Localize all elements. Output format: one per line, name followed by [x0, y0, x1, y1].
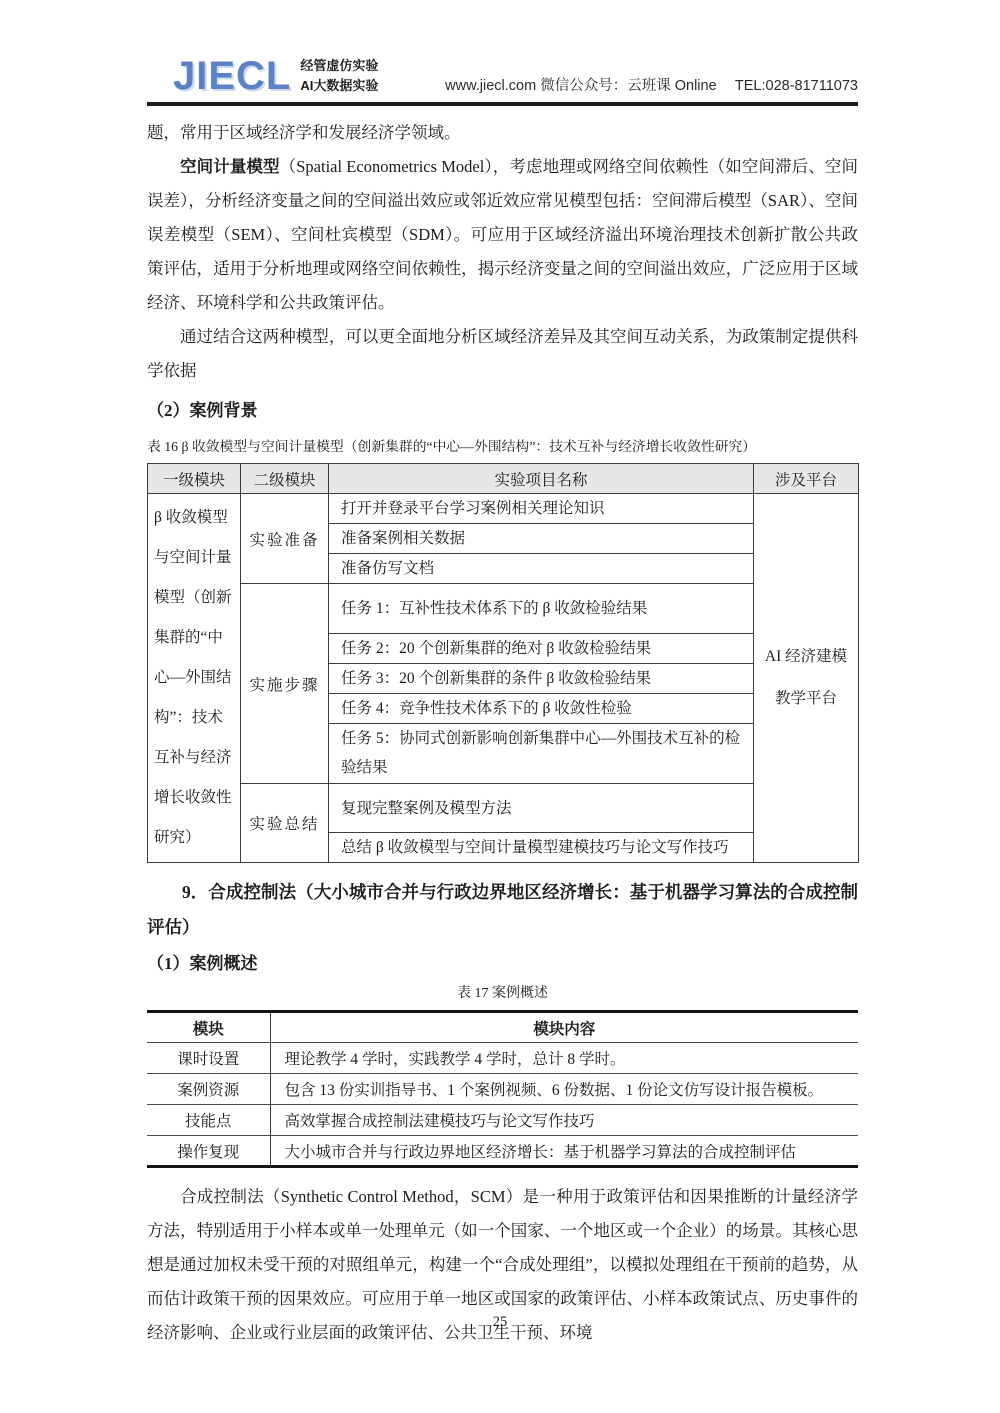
table17-content: 高效掌握合成控制法建模技巧与论文写作技巧 [270, 1105, 858, 1136]
table16-item: 复现完整案例及模型方法 [329, 783, 754, 833]
table16-header-project: 实验项目名称 [329, 464, 754, 494]
paragraph-continuation: 题，常用于区域经济学和发展经济学领域。 [147, 116, 858, 150]
table17-module: 操作复现 [147, 1136, 270, 1167]
table16-header-row: 一级模块 二级模块 实验项目名称 涉及平台 [148, 464, 859, 494]
table17-caption: 表 17 案例概述 [147, 982, 858, 1002]
page-content: JIECL 经管虚仿实验 AI大数据实验 www.jiecl.com 微信公众号… [0, 0, 1000, 1350]
table16-group-steps-label: 实施步骤 [241, 584, 329, 784]
table17: 模块 模块内容 课时设置 理论教学 4 学时，实践教学 4 学时，总计 8 学时… [147, 1010, 858, 1168]
table16-item: 总结 β 收敛模型与空间计量模型建模技巧与论文写作技巧 [329, 833, 754, 863]
table17-module: 案例资源 [147, 1074, 270, 1105]
table17-header-module: 模块 [147, 1012, 270, 1043]
paragraph-combined-models: 通过结合这两种模型，可以更全面地分析区域经济差异及其空间互动关系，为政策制定提供… [147, 320, 858, 388]
jiecl-logo-icon: JIECL [173, 56, 291, 96]
table17-module: 课时设置 [147, 1043, 270, 1074]
table17-header-content: 模块内容 [270, 1012, 858, 1043]
table16-group-prep-label: 实验准备 [241, 494, 329, 584]
table16-level1-module-cell: β 收敛模型与空间计量模型（创新集群的“中心—外围结构”：技术互补与经济增长收敛… [148, 494, 241, 863]
table-row: 技能点 高效掌握合成控制法建模技巧与论文写作技巧 [147, 1105, 858, 1136]
paragraph-spatial-model: 空间计量模型（Spatial Econometrics Model），考虑地理或… [147, 150, 858, 320]
table16-item: 任务 4：竞争性技术体系下的 β 收敛性检验 [329, 693, 754, 723]
table16-item: 任务 2：20 个创新集群的绝对 β 收敛检验结果 [329, 633, 754, 663]
table16-caption: 表 16 β 收敛模型与空间计量模型（创新集群的“中心—外围结构”：技术互补与经… [147, 435, 858, 455]
table-row: 课时设置 理论教学 4 学时，实践教学 4 学时，总计 8 学时。 [147, 1043, 858, 1074]
tagline-line1: 经管虚仿实验 [300, 58, 378, 73]
table16-item: 任务 1：互补性技术体系下的 β 收敛检验结果 [329, 584, 754, 634]
table16: 一级模块 二级模块 实验项目名称 涉及平台 β 收敛模型与空间计量模型（创新集群… [147, 463, 859, 863]
table16-item: 任务 3：20 个创新集群的条件 β 收敛检验结果 [329, 663, 754, 693]
table16-item: 准备案例相关数据 [329, 524, 754, 554]
table16-header-level2: 二级模块 [241, 464, 329, 494]
paragraph-lead-bold: 空间计量模型 [180, 157, 280, 176]
table16-item: 打开并登录平台学习案例相关理论知识 [329, 494, 754, 524]
table16-platform-cell: AI 经济建模教学平台 [754, 494, 859, 863]
table-row: 实验总结 复现完整案例及模型方法 [148, 783, 859, 833]
table17-header-row: 模块 模块内容 [147, 1012, 858, 1043]
tagline-line2: AI大数据实验 [300, 78, 378, 93]
section-heading-scm: 9．合成控制法（大小城市合并与行政边界地区经济增长：基于机器学习算法的合成控制评… [147, 875, 858, 945]
page-number: 25 [0, 1314, 1000, 1331]
jiecl-logo: JIECL 经管虚仿实验 AI大数据实验 [173, 56, 378, 96]
header-contact-info: www.jiecl.com 微信公众号：云班课 Online TEL:028-8… [445, 74, 858, 96]
table17-content: 大小城市合并与行政边界地区经济增长：基于机器学习算法的合成控制评估 [270, 1136, 858, 1167]
table-row: 操作复现 大小城市合并与行政边界地区经济增长：基于机器学习算法的合成控制评估 [147, 1136, 858, 1167]
document-page: JIECL 经管虚仿实验 AI大数据实验 www.jiecl.com 微信公众号… [0, 0, 1000, 1413]
logo-tagline: 经管虚仿实验 AI大数据实验 [300, 56, 378, 96]
table16-item: 准备仿写文档 [329, 554, 754, 584]
table16-item: 任务 5：协同式创新影响创新集群中心—外围技术互补的检验结果 [329, 723, 754, 783]
paragraph-spatial-model-text: （Spatial Econometrics Model），考虑地理或网络空间依赖… [147, 157, 858, 312]
table17-module: 技能点 [147, 1105, 270, 1136]
section-heading-case-background: （2）案例背景 [147, 396, 858, 421]
table-row: 案例资源 包含 13 份实训指导书、1 个案例视频、6 份数据、1 份论文仿写设… [147, 1074, 858, 1105]
table16-header-level1: 一级模块 [148, 464, 241, 494]
table17-content: 包含 13 份实训指导书、1 个案例视频、6 份数据、1 份论文仿写设计报告模板… [270, 1074, 858, 1105]
header-rule [147, 102, 858, 106]
table-row: 实施步骤 任务 1：互补性技术体系下的 β 收敛检验结果 [148, 584, 859, 634]
letterhead: JIECL 经管虚仿实验 AI大数据实验 www.jiecl.com 微信公众号… [147, 56, 858, 96]
table16-group-summary-label: 实验总结 [241, 783, 329, 863]
section-heading-case-overview: （1）案例概述 [147, 949, 858, 974]
table16-header-platform: 涉及平台 [754, 464, 859, 494]
table-row: β 收敛模型与空间计量模型（创新集群的“中心—外围结构”：技术互补与经济增长收敛… [148, 494, 859, 524]
table17-content: 理论教学 4 学时，实践教学 4 学时，总计 8 学时。 [270, 1043, 858, 1074]
